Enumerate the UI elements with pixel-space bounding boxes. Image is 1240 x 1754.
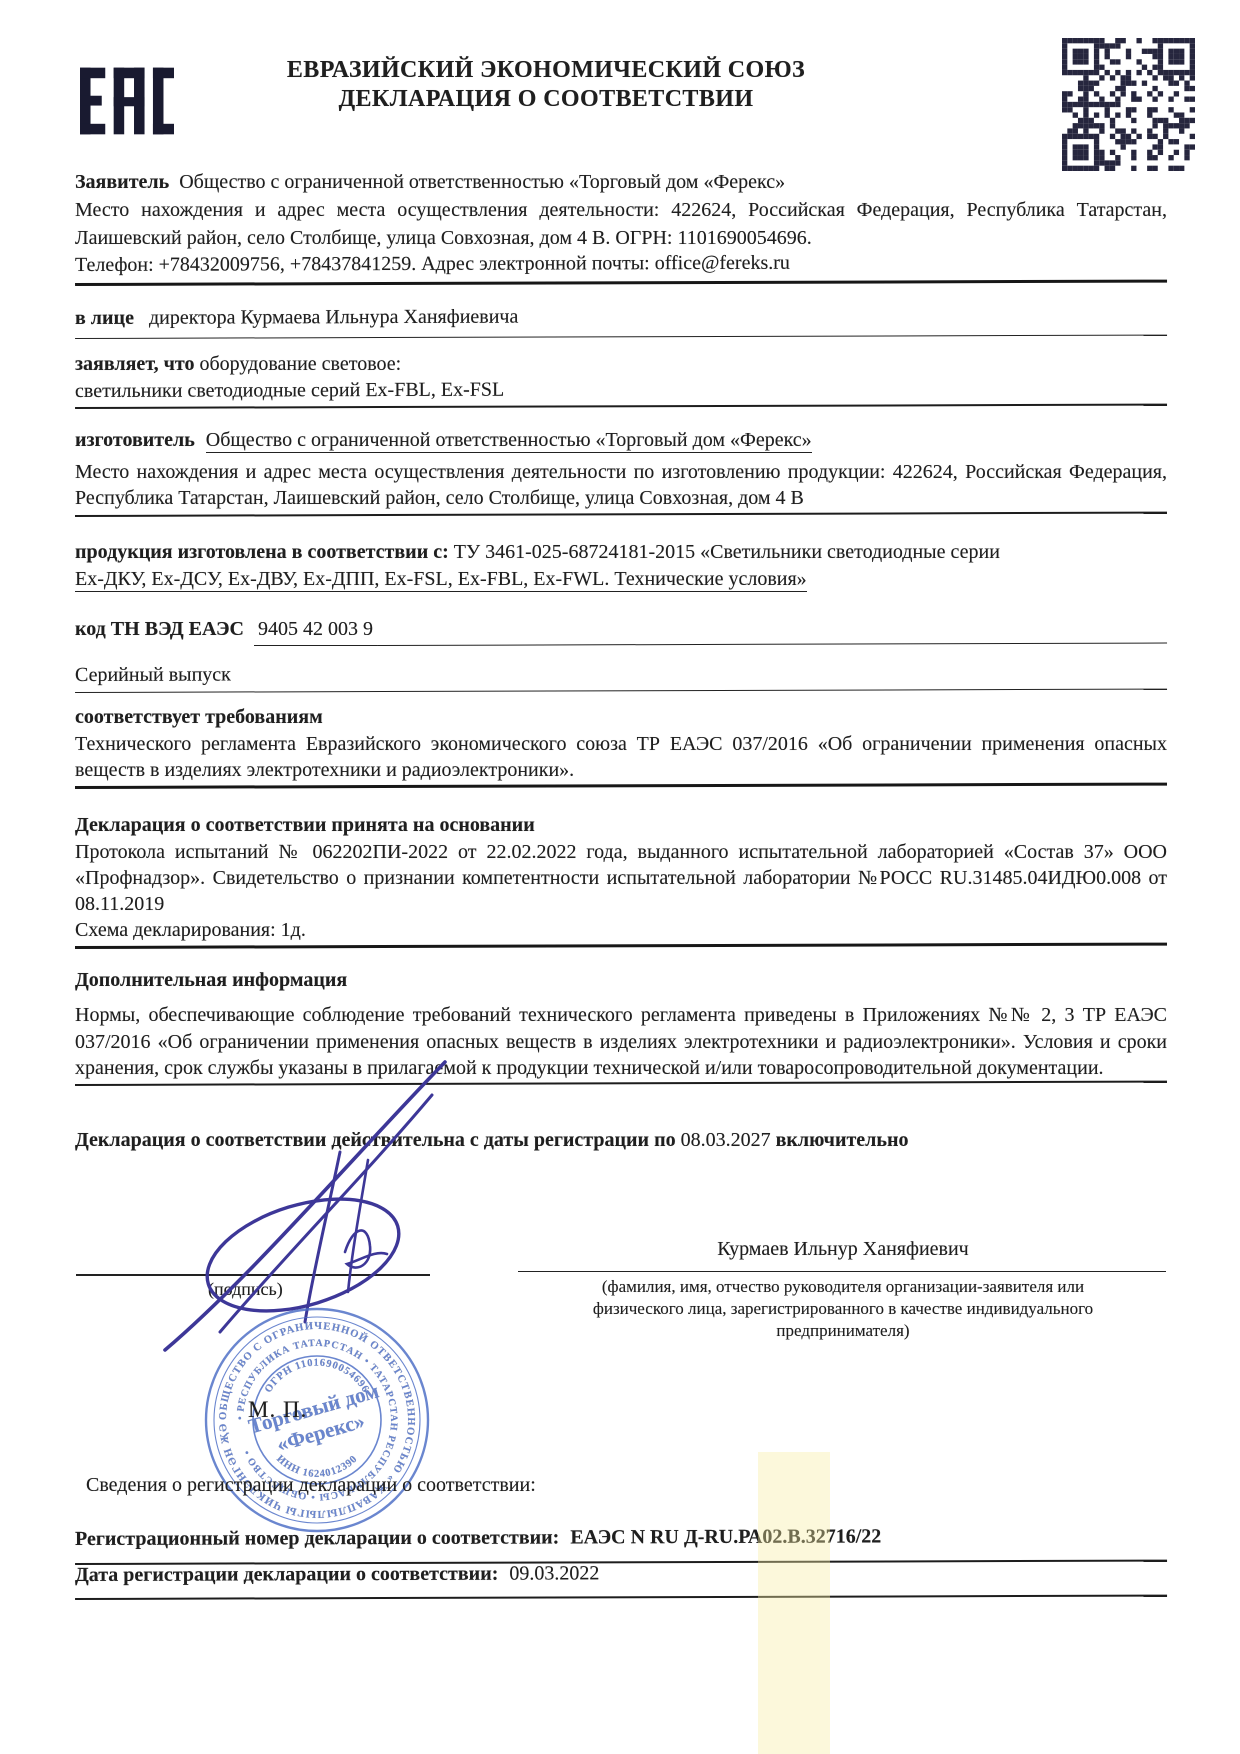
compliance-label: соответствует требованиям — [75, 704, 1167, 731]
section-representative: в лице директора Курмаева Ильнура Ханяфи… — [75, 302, 1167, 339]
validity-date: 08.03.2027 — [681, 1129, 771, 1151]
representative-label: в лице — [75, 307, 134, 329]
declares-product: светильники светодиодные серий Ex-FBL, E… — [75, 375, 1167, 409]
registration-date-value: 09.03.2022 — [509, 1562, 599, 1584]
basis-text: Протокола испытаний № 062202ПИ-2022 от 2… — [75, 839, 1167, 917]
signatory-note: (фамилия, имя, отчество руководителя орг… — [520, 1276, 1166, 1342]
compliance-text: Технического регламента Евразийского эко… — [75, 731, 1167, 783]
basis-label: Декларация о соответствии принята на осн… — [75, 812, 1167, 839]
section-separator — [75, 512, 1167, 517]
qr-code — [1062, 38, 1195, 171]
applicant-name: Общество с ограниченной ответственностью… — [179, 171, 785, 193]
signatory-name: Курмаев Ильнур Ханяфиевич — [520, 1236, 1166, 1263]
registration-date-line: Дата регистрации декларации о соответств… — [75, 1559, 1167, 1600]
representative-value: директора Курмаева Ильнура Ханяфиевича — [149, 306, 518, 329]
manufacturer-label: изготовитель — [75, 429, 195, 451]
signatory-note-line3: предпринимателя) — [520, 1320, 1166, 1342]
declares-label: заявляет, что — [75, 353, 194, 375]
serial-text: Серийный выпуск — [75, 664, 231, 686]
production-label: продукция изготовлена в соответствии с: — [75, 541, 449, 563]
tnved-code: 9405 42 003 9 — [254, 616, 377, 646]
section-declares: заявляет, что оборудование световое: све… — [75, 351, 1167, 409]
validity-label-after: включительно — [776, 1129, 909, 1151]
section-tnved: код ТН ВЭД ЕАЭС 9405 42 003 9 — [75, 616, 1167, 648]
tnved-label: код ТН ВЭД ЕАЭС — [75, 616, 244, 646]
production-line2: Ех-ДКУ, Ех-ДСУ, Ех-ДВУ, Ех-ДПП, Ex-FSL, … — [75, 566, 1167, 593]
title-line-union: ЕВРАЗИЙСКИЙ ЭКОНОМИЧЕСКИЙ СОЮЗ — [190, 56, 902, 85]
signatory-name-line — [518, 1271, 1166, 1272]
additional-label: Дополнительная информация — [75, 967, 1167, 994]
section-manufacturer: изготовитель Общество с ограниченной отв… — [75, 427, 1167, 517]
manufacturer-address: Место нахождения и адрес места осуществл… — [75, 459, 1167, 511]
declaration-document: ЕВРАЗИЙСКИЙ ЭКОНОМИЧЕСКИЙ СОЮЗ ДЕКЛАРАЦИ… — [0, 0, 1240, 1754]
production-value-1: ТУ 3461-025-68724181-2015 «Светильники с… — [454, 541, 1000, 563]
declares-value: оборудование световое: — [199, 353, 401, 375]
section-compliance: соответствует требованиям Технического р… — [75, 704, 1167, 789]
registration-info-label: Сведения о регистрации декларации о соот… — [86, 1472, 1178, 1499]
company-stamp: ОБЩЕСТВО С ОГРАНИЧЕННОЙ ОТВЕТСТВЕННОСТЬЮ… — [200, 1303, 434, 1537]
registration-number-value: ЕАЭС N RU Д-RU.РА02.В.32716/22 — [570, 1525, 881, 1548]
declares-line: заявляет, что оборудование световое: — [75, 351, 1167, 378]
basis-scheme: Схема декларирования: 1д. — [75, 917, 1167, 944]
signatory-note-line2: физического лица, зарегистрированного в … — [520, 1298, 1166, 1320]
seal-place-mark: М. П. — [248, 1396, 307, 1423]
eac-logo — [80, 58, 174, 144]
registration-number-label: Регистрационный номер декларации о соотв… — [75, 1526, 559, 1550]
section-basis: Декларация о соответствии принята на осн… — [75, 812, 1167, 949]
registration-date-label: Дата регистрации декларации о соответств… — [75, 1563, 498, 1586]
section-applicant: Заявитель Общество с ограниченной ответс… — [75, 169, 1167, 286]
manufacturer-name: Общество с ограниченной ответственностью… — [206, 429, 812, 453]
applicant-address: Место нахождения и адрес места осуществл… — [75, 196, 1167, 252]
manufacturer-line: изготовитель Общество с ограниченной отв… — [75, 427, 1167, 454]
section-serial: Серийный выпуск — [75, 659, 1167, 693]
applicant-label: Заявитель — [75, 171, 169, 193]
signatory-note-line1: (фамилия, имя, отчество руководителя орг… — [520, 1276, 1166, 1298]
section-separator — [75, 783, 1167, 789]
applicant-contacts: Телефон: +78432009756, +78437841259. Адр… — [75, 249, 1167, 286]
section-production: продукция изготовлена в соответствии с: … — [75, 539, 1167, 593]
production-line1: продукция изготовлена в соответствии с: … — [75, 539, 1167, 566]
tnved-rule — [377, 614, 1167, 646]
production-value-2: Ех-ДКУ, Ех-ДСУ, Ех-ДВУ, Ех-ДПП, Ex-FSL, … — [75, 568, 807, 592]
document-title: ЕВРАЗИЙСКИЙ ЭКОНОМИЧЕСКИЙ СОЮЗ ДЕКЛАРАЦИ… — [190, 56, 902, 114]
title-line-declaration: ДЕКЛАРАЦИЯ О СООТВЕТСТВИИ — [190, 85, 902, 114]
applicant-line: Заявитель Общество с ограниченной ответс… — [75, 169, 1167, 196]
